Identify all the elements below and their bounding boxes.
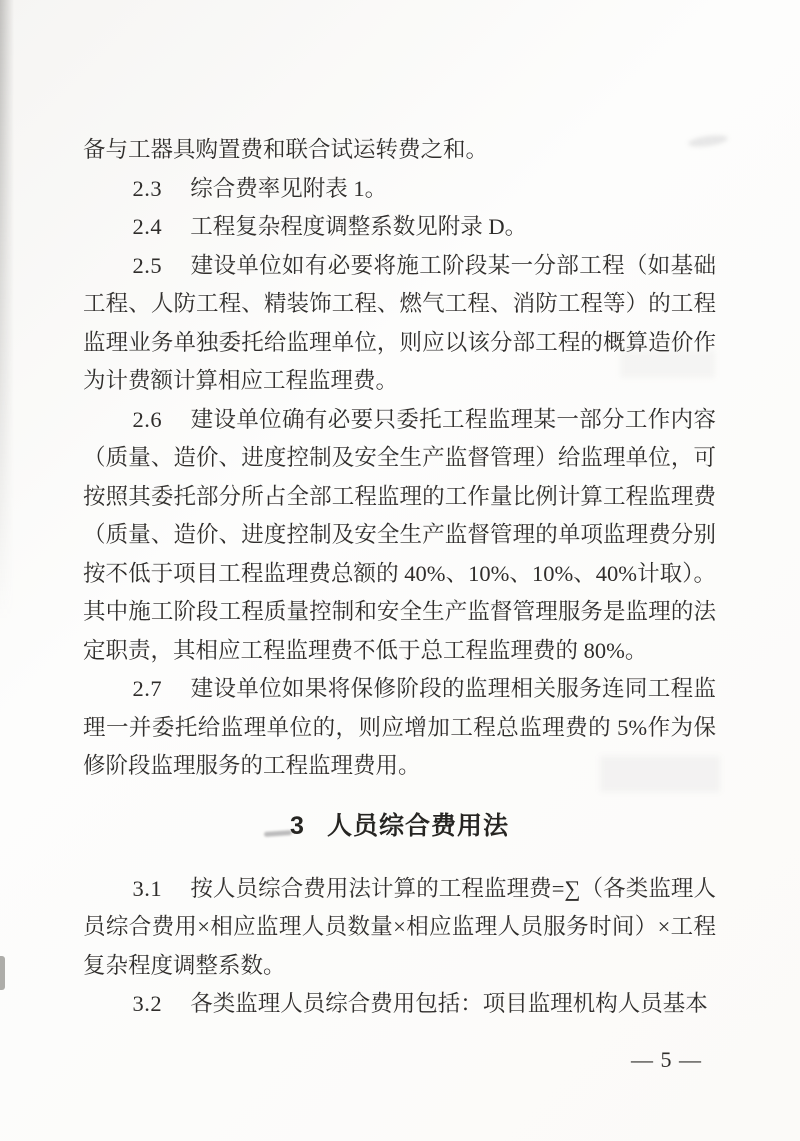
- paragraph-3-2: 3.2各类监理人员综合费用包括：项目监理机构人员基本: [83, 985, 716, 1024]
- scanned-document-page: 备与工器具购置费和联合试运转费之和。 2.3综合费率见附表 1。 2.4工程复杂…: [0, 0, 800, 1141]
- scan-edge-shadow: [0, 0, 14, 620]
- paragraph-2-4: 2.4工程复杂程度调整系数见附录 D。: [83, 208, 716, 247]
- section-heading: 3人员综合费用法: [83, 806, 716, 846]
- document-body: 备与工器具购置费和联合试运转费之和。 2.3综合费率见附表 1。 2.4工程复杂…: [83, 131, 716, 1024]
- page-number: — 5 —: [631, 1047, 702, 1073]
- paragraph-continuation: 备与工器具购置费和联合试运转费之和。: [83, 131, 716, 170]
- paragraph-number: 3.1: [133, 876, 163, 901]
- paragraph-number: 2.4: [133, 214, 163, 239]
- paragraph-text: 各类监理人员综合费用包括：项目监理机构人员基本: [190, 991, 708, 1016]
- paragraph-number: 2.6: [133, 407, 163, 432]
- paragraph-number: 2.7: [133, 676, 163, 701]
- paragraph-text: 按人员综合费用法计算的工程监理费=∑（各类监理人员综合费用×相应监理人员数量×相…: [83, 876, 716, 978]
- paragraph-text: 综合费率见附表 1。: [190, 176, 387, 201]
- paragraph-2-6: 2.6建设单位确有必要只委托工程监理某一部分工作内容（质量、造价、进度控制及安全…: [83, 401, 716, 671]
- paragraph-3-1: 3.1按人员综合费用法计算的工程监理费=∑（各类监理人员综合费用×相应监理人员数…: [83, 870, 716, 986]
- paragraph-number: 2.3: [133, 176, 163, 201]
- paragraph-2-3: 2.3综合费率见附表 1。: [83, 170, 716, 209]
- scan-edge-mark: [0, 956, 5, 990]
- paragraph-text: 建设单位如有必要将施工阶段某一分部工程（如基础工程、人防工程、精装饰工程、燃气工…: [83, 253, 716, 394]
- paragraph-text: 备与工器具购置费和联合试运转费之和。: [83, 137, 488, 162]
- paragraph-2-5: 2.5建设单位如有必要将施工阶段某一分部工程（如基础工程、人防工程、精装饰工程、…: [83, 247, 716, 401]
- paragraph-2-7: 2.7建设单位如果将保修阶段的监理相关服务连同工程监理一并委托给监理单位的，则应…: [83, 670, 716, 786]
- section-number: 3: [290, 812, 305, 840]
- paragraph-text: 建设单位如果将保修阶段的监理相关服务连同工程监理一并委托给监理单位的，则应增加工…: [83, 676, 716, 778]
- section-title: 人员综合费用法: [327, 812, 509, 840]
- paragraph-number: 2.5: [133, 253, 163, 278]
- paragraph-number: 3.2: [133, 991, 163, 1016]
- paragraph-text: 建设单位确有必要只委托工程监理某一部分工作内容（质量、造价、进度控制及安全生产监…: [83, 407, 716, 663]
- paragraph-text: 工程复杂程度调整系数见附录 D。: [190, 214, 527, 239]
